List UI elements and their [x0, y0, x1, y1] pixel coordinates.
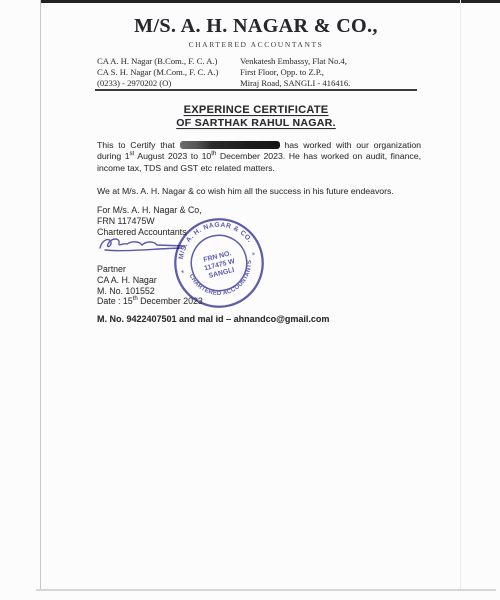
body-paragraph-1: This to Certify that has worked with our…: [97, 140, 421, 174]
partner-label: Partner: [97, 264, 205, 275]
p1-text: August 2023 to 10: [134, 151, 211, 161]
certificate-title-line2: OF SARTHAK RAHUL NAGAR.: [95, 117, 417, 130]
redacted-name-bar: [180, 141, 280, 149]
firm-name: M/S. A. H. NAGAR & CO.,: [95, 15, 417, 38]
contact-footer: M. No. 9422407501 and mal id – ahnandco@…: [97, 314, 329, 324]
address-column: Venkatesh Embassy, Flat No.4, First Floo…: [240, 56, 420, 89]
membership-number: M. No. 101552: [97, 286, 205, 297]
p1-text: This to Certify that: [97, 140, 180, 150]
address-line: First Floor, Opp. to Z.P.,: [240, 67, 420, 78]
scan-right-edge: [460, 0, 461, 590]
certificate-title-line1: EXPERINCE CERTIFICATE: [95, 104, 417, 117]
scan-left-fold-line: [40, 0, 41, 591]
address-line: Miraj Road, SANGLI - 416416.: [240, 78, 420, 89]
letterhead-divider: [95, 89, 417, 91]
body-paragraph-2: We at M/s. A. H. Nagar & co wish him all…: [97, 186, 421, 197]
scanned-certificate-page: M/S. A. H. NAGAR & CO., CHARTERED ACCOUN…: [0, 0, 500, 600]
firm-subtitle: CHARTERED ACCOUNTANTS: [95, 40, 417, 49]
scan-top-edge: [40, 0, 500, 3]
date-line: Date : 15th December 2023.: [97, 296, 205, 307]
partner-signature-block: Partner CA A. H. Nagar M. No. 101552 Dat…: [97, 264, 205, 307]
partner-name: CA A. H. Nagar: [97, 275, 205, 286]
certificate-title: EXPERINCE CERTIFICATE OF SARTHAK RAHUL N…: [95, 104, 417, 130]
stamp-star-right: *: [251, 250, 257, 261]
address-line: Venkatesh Embassy, Flat No.4,: [240, 56, 420, 67]
scan-bottom-edge: [36, 589, 496, 591]
for-firm-line: For M/s. A. H. Nagar & Co,: [97, 205, 202, 216]
